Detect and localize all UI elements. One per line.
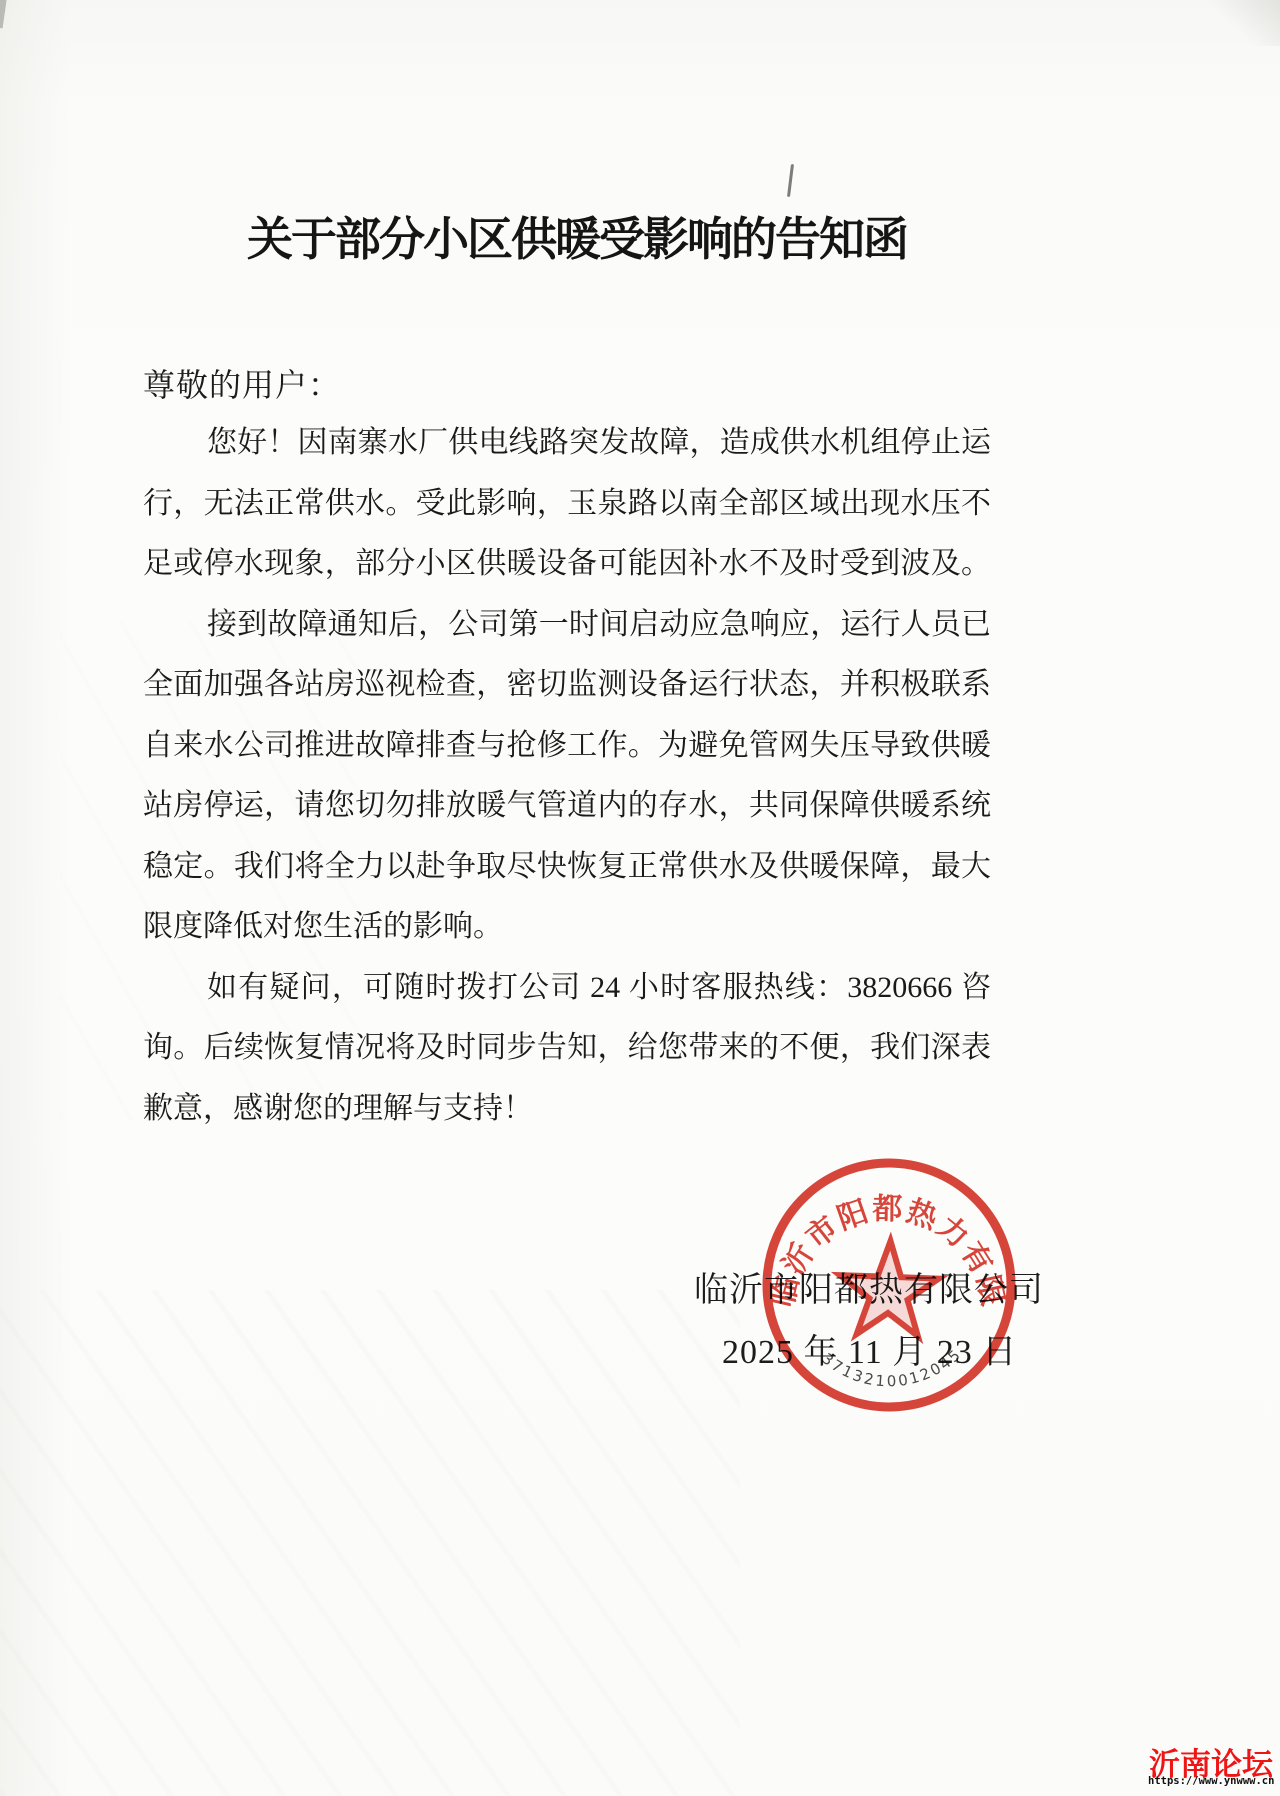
- body-line: 足或停水现象，部分小区供暖设备可能因补水不及时受到波及。: [143, 534, 991, 595]
- body-line: 自来水公司推进故障排查与抢修工作。为避免管网失压导致供暖: [143, 716, 991, 777]
- body-line: 全面加强各站房巡视检查，密切监测设备运行状态，并积极联系: [143, 655, 991, 716]
- body-line: 稳定。我们将全力以赴争取尽快恢复正常供水及供暖保障，最大: [143, 837, 991, 898]
- salutation: 尊敬的用户：: [143, 360, 341, 406]
- scan-corner-shadow: [1190, 0, 1280, 46]
- body-line: 如有疑问，可随时拨打公司 24 小时客服热线：3820666 咨: [143, 958, 991, 1019]
- seal-code-container: 3713210012045: [818, 1340, 966, 1393]
- body-line: 询。后续恢复情况将及时同步告知，给您带来的不便，我们深表: [143, 1018, 991, 1079]
- star-icon: [838, 1239, 940, 1336]
- body-line: 接到故障通知后，公司第一时间启动应急响应，运行人员已: [143, 595, 991, 656]
- body-line: 站房停运，请您切勿排放暖气管道内的存水，共同保障供暖系统: [143, 776, 991, 837]
- body-line: 限度降低对您生活的影响。: [143, 897, 991, 958]
- seal-code: 3713210012045: [818, 1340, 966, 1393]
- scan-streaks: [0, 1290, 740, 1796]
- body-line: 您好！因南寨水厂供电线路突发故障，造成供水机组停止运: [143, 413, 991, 474]
- body-text: 您好！因南寨水厂供电线路突发故障，造成供水机组停止运 行，无法正常供水。受此影响…: [143, 413, 991, 1139]
- seal-graphic: 临沂市阳都热力有限公司 3713210012045: [743, 1139, 1035, 1431]
- body-line: 行，无法正常供水。受此影响，玉泉路以南全部区域出现水压不: [143, 474, 991, 535]
- company-seal: 临沂市阳都热力有限公司 3713210012045: [743, 1139, 1035, 1431]
- pen-mark: [787, 164, 794, 197]
- document-title: 关于部分小区供暖受影响的告知函: [247, 203, 907, 269]
- scanned-notice-page: 关于部分小区供暖受影响的告知函 尊敬的用户： 您好！因南寨水厂供电线路突发故障，…: [0, 0, 1280, 1796]
- body-line: 歉意，感谢您的理解与支持！: [143, 1079, 991, 1140]
- watermark-url: https://www.ynwww.cn: [1148, 1775, 1274, 1787]
